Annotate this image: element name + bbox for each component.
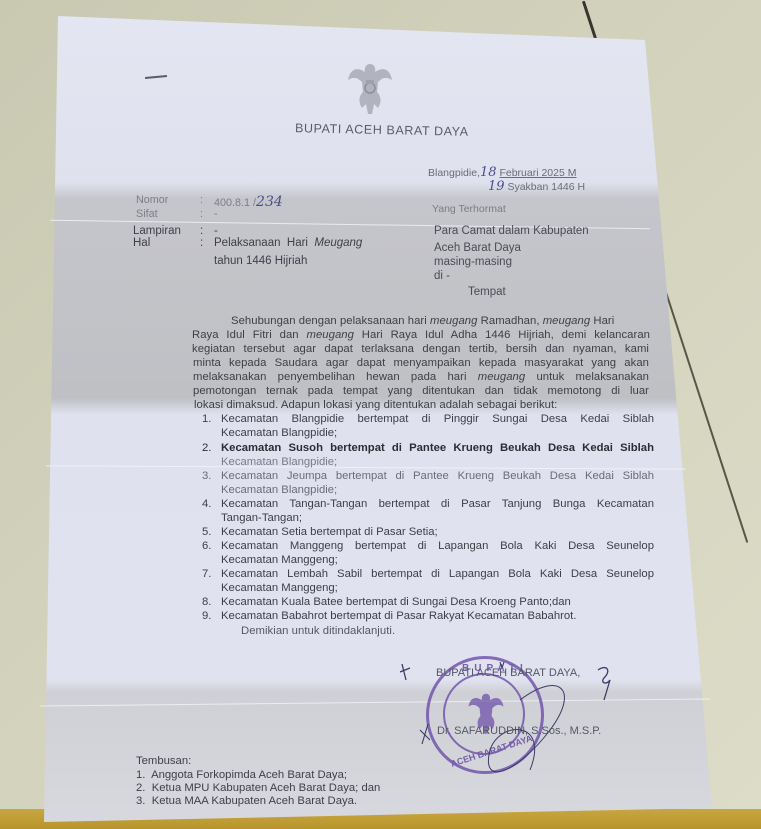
handwritten-day: 18 — [480, 165, 497, 180]
garuda-emblem-icon — [346, 58, 394, 118]
hal-value: Pelaksanaan Hari Meugang — [214, 238, 362, 250]
hal-label: Hal — [133, 238, 150, 250]
lampiran-label: Lampiran — [133, 226, 181, 238]
nomor-sep: : — [200, 195, 203, 206]
body-line: Sehubungan dengan pelaksanaan hari meuga… — [231, 316, 614, 327]
recipient-line: Aceh Barat Daya — [434, 243, 521, 255]
handwritten-day-hijri: 19 — [488, 179, 505, 194]
location-number: 2. — [202, 443, 211, 454]
location-number: 8. — [202, 597, 211, 608]
location-number: 1. — [202, 414, 211, 425]
month-year-masehi: Februari 2025 M — [499, 167, 576, 179]
pen-mark — [145, 75, 167, 79]
sifat-sep: : — [200, 209, 203, 220]
body-line: Raya Idul Fitri dan meugang Hari Raya Id… — [192, 330, 650, 341]
body-line: melaksanakan penyembelihan hewan pada ha… — [193, 372, 649, 383]
body-line: pemotongan ternak pada tempat yang diten… — [193, 386, 649, 397]
location-item: Kecamatan Lembah Sabil bertempat di Lapa… — [221, 569, 654, 580]
tembusan-item: 2. Ketua MPU Kabupaten Aceh Barat Daya; … — [136, 783, 380, 794]
letterhead-title: BUPATI ACEH BARAT DAYA — [295, 122, 469, 138]
lampiran-value: - — [214, 226, 218, 238]
lampiran-sep: : — [200, 226, 203, 238]
location-item: Kecamatan Tangan-Tangan bertempat di Pas… — [221, 499, 654, 510]
letter-document: BUPATI ACEH BARAT DAYA Blangpidie,18 Feb… — [0, 0, 761, 829]
body-line: kegiatan tersebut agar dapat terlaksana … — [192, 344, 649, 355]
location-item: Kecamatan Setia bertempat di Pasar Setia… — [221, 527, 438, 538]
nomor-value: 400.8.1 /234 — [214, 195, 283, 209]
hal-value-line2: tahun 1446 Hijriah — [214, 256, 307, 268]
tembusan-item: 1. Anggota Forkopimda Aceh Barat Daya; — [136, 770, 347, 781]
sifat-value: - — [214, 209, 218, 220]
month-year-hijri: Syakban 1446 H — [507, 181, 585, 193]
recipient-line: Para Camat dalam Kabupaten — [434, 226, 589, 238]
hal-sep: : — [200, 238, 203, 250]
location-item: Kecamatan Kuala Batee bertempat di Sunga… — [221, 597, 571, 608]
location-item: Kecamatan Jeumpa bertempat di Pantee Kru… — [221, 471, 654, 482]
location-item-continued: Kecamatan Blangpidie; — [221, 428, 337, 439]
letter-date-hijri: 19 Syakban 1446 H — [488, 180, 585, 193]
recipient-line: di - — [434, 271, 450, 283]
location-number: 5. — [202, 527, 211, 538]
handwritten-signature — [400, 660, 660, 800]
location-item: Kecamatan Manggeng bertempat di Lapangan… — [221, 541, 654, 552]
body-line: minta kepada Saudara agar dapat menyampa… — [193, 358, 649, 369]
salutation: Yang Terhormat — [432, 204, 506, 215]
location-number: 4. — [202, 499, 211, 510]
location-item-continued: Kecamatan Blangpidie; — [221, 457, 337, 468]
location-number: 6. — [202, 541, 211, 552]
location-item: Kecamatan Babahrot bertempat di Pasar Ra… — [221, 611, 576, 622]
recipient-place: Tempat — [468, 287, 506, 299]
location-item-continued: Kecamatan Manggeng; — [221, 555, 338, 566]
location-item-continued: Kecamatan Blangpidie; — [221, 485, 337, 496]
nomor-label: Nomor — [136, 195, 168, 206]
letter-date-masehi: Blangpidie,18 Februari 2025 M — [428, 166, 576, 179]
body-line: lokasi dimaksud. Adapun lokasi yang dite… — [194, 400, 557, 411]
closing-text: Demikian untuk ditindaklanjuti. — [241, 626, 395, 637]
location-number: 9. — [202, 611, 211, 622]
place-label: Blangpidie, — [428, 167, 480, 179]
location-item: Kecamatan Susoh bertempat di Pantee Krue… — [221, 443, 654, 454]
location-item-continued: Tangan-Tangan; — [221, 513, 302, 524]
location-number: 3. — [202, 471, 211, 482]
recipient-line: masing-masing — [434, 257, 512, 269]
sifat-label: Sifat — [136, 209, 158, 220]
handwritten-number: 234 — [256, 194, 283, 210]
location-item-continued: Kecamatan Manggeng; — [221, 583, 338, 594]
location-number: 7. — [202, 569, 211, 580]
tembusan-label: Tembusan: — [136, 756, 191, 767]
location-item: Kecamatan Blangpidie bertempat di Pinggi… — [221, 414, 654, 425]
tembusan-item: 3. Ketua MAA Kabupaten Aceh Barat Daya. — [136, 796, 357, 807]
